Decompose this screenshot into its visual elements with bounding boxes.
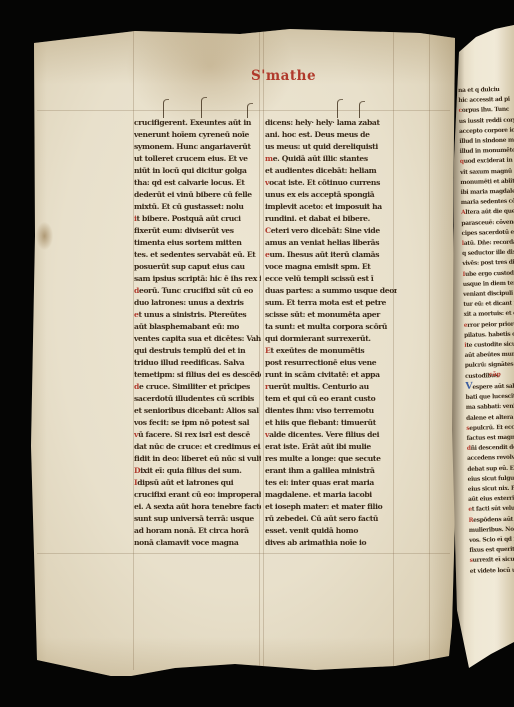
text-line: crucifigerent. Exeuntes aūt in xyxy=(134,117,261,129)
rubricated-initial: e xyxy=(464,322,468,329)
ascender-flourish xyxy=(359,101,365,118)
text-line: sam ipsius scriptā: hic ē ihs rex iu xyxy=(134,273,261,285)
rubricated-initial: i xyxy=(134,214,137,223)
text-line: et videte locū ubi positus er xyxy=(470,565,514,577)
text-line: et hiis que fiebant: timuerūt xyxy=(265,417,397,429)
rubricated-initial: d xyxy=(467,445,471,452)
rubricated-initial: i xyxy=(464,342,466,349)
rubricated-initial: q xyxy=(460,158,464,165)
text-line: temetipm: si filius dei es descēde xyxy=(134,369,261,381)
text-line: et unus a sinistris. Ptereūtes xyxy=(134,309,261,321)
text-line: unus ex eis acceptā spongiā xyxy=(265,189,397,201)
rubricated-initial: s xyxy=(466,425,469,432)
text-line: sunt sup universā terrā: usque xyxy=(134,513,261,525)
text-line: dalene et altera maria vide xyxy=(466,412,514,424)
rubricated-initial: A xyxy=(461,209,465,216)
text-line: et facti sūt velut mortui. xyxy=(468,504,514,516)
text-line: runt in scām civitatē: et appa xyxy=(265,369,397,381)
text-line: ta sunt: et multa corpora scōrū xyxy=(265,321,397,333)
chapter-rubric: cãp xyxy=(489,371,501,378)
rubricated-initial: I xyxy=(134,478,137,487)
text-line: dicens: hely· hely· lama zabat xyxy=(265,117,397,129)
text-line: sacerdotū illudentes cū scribis xyxy=(134,393,261,405)
text-line: rundini. et dabat ei bibere. xyxy=(265,213,397,225)
text-line: et audientes dicebāt: heliam xyxy=(265,165,397,177)
text-line: ecce velū templi scissū est ī xyxy=(265,273,397,285)
rubricated-initial: e xyxy=(468,506,472,513)
ascender-flourish xyxy=(247,103,253,118)
text-line: mixtū. Et cū gustasset: nolu xyxy=(134,201,261,213)
text-line: qui dormierant surrexerūt. xyxy=(265,333,397,345)
text-line: tha: qd est calvarie locus. Et xyxy=(134,177,261,189)
text-line: it bibere. Postquā aūt cruci xyxy=(134,213,261,225)
rubricated-initial: m xyxy=(265,154,273,163)
text-line: Idipsū aūt et latrones qui xyxy=(134,477,261,489)
text-line: debat sup eū. Erat aūt aspec xyxy=(467,463,514,475)
text-line: voce magna emisit spm. Et xyxy=(265,261,397,273)
text-line: Respōdens aūt angelus dixi xyxy=(468,514,514,526)
ascender-flourish xyxy=(337,99,343,118)
rubricated-initial: l xyxy=(462,240,464,247)
text-line: us meus: ut quid dereliquisti xyxy=(265,141,397,153)
text-line: dederūt ei vinū bibere cū felle xyxy=(134,189,261,201)
rubricated-initial: e xyxy=(265,250,269,259)
text-line: esset. venit quidā homo xyxy=(265,525,397,537)
ruling-line-horizontal xyxy=(37,110,450,111)
text-line: niūt in locū qui dicitur golga xyxy=(134,165,261,177)
text-line: duas partes: a summo usque deor xyxy=(265,285,397,297)
text-line: crucifixi erant cū eo: improperabāt xyxy=(134,489,261,501)
text-line: me. Quidā aūt illic stantes xyxy=(265,153,397,165)
text-line: dives ab arimathia noīe io xyxy=(265,537,397,549)
text-line: dat nūc de cruce: et credimus ei. Cō xyxy=(134,441,261,453)
stain xyxy=(36,222,53,250)
text-line: timenta eius sortem mitten xyxy=(134,237,261,249)
text-line: vū facere. Si rex isrl est descē xyxy=(134,429,261,441)
text-line: surrexit eī sicut dixit. Ven xyxy=(469,555,514,567)
text-line: tes ei: inter quas erat maria xyxy=(265,477,397,489)
text-line: tem et qui cū eo erant custo xyxy=(265,393,397,405)
ruling-line-vertical xyxy=(263,26,264,670)
text-line: Ceteri vero dicebāt: Sine vide xyxy=(265,225,397,237)
ruling-line-horizontal xyxy=(37,553,450,554)
rubricated-initial: r xyxy=(265,382,269,391)
rubricated-initial: d xyxy=(134,382,139,391)
text-line: symonem. Hunc angariaverūt xyxy=(134,141,261,153)
text-line: post resurrectionē eius vene xyxy=(265,357,397,369)
text-line: venerunt hoīem cyreneū noīe xyxy=(134,129,261,141)
rubricated-initial: I xyxy=(463,271,466,278)
text-line: res multe a longe: que secute xyxy=(265,453,397,465)
text-line: scisse sūt: et monumēta aper xyxy=(265,309,397,321)
text-column-left: crucifigerent. Exeuntes aūt invenerunt h… xyxy=(134,117,261,551)
text-line: sum. Et terra mota est et petre xyxy=(265,297,397,309)
text-line: fidit in deo: liberet eū nūc si vult. xyxy=(134,453,261,465)
text-line: erat iste. Erāt aūt ibi mulie xyxy=(265,441,397,453)
ascender-flourish xyxy=(201,97,207,118)
text-line: Dixit eī: quia filius dei sum. xyxy=(134,465,261,477)
rubricated-initial: C xyxy=(265,226,271,235)
text-line: implevit aceto: et imposuit ha xyxy=(265,201,397,213)
text-line: magdalene. et maria iacobi xyxy=(265,489,397,501)
text-line: et ioseph mater: et mater filio xyxy=(265,501,397,513)
rubricated-initial: E xyxy=(265,346,270,355)
text-line: ei. A sexta aūt hora tenebre facte xyxy=(134,501,261,513)
rubricated-initial: v xyxy=(265,430,269,439)
text-line: fixerūt eum: diviserūt ves xyxy=(134,225,261,237)
rubricated-initial: D xyxy=(134,466,140,475)
text-line: de cruce. Similiter et prīcipes xyxy=(134,381,261,393)
photograph-background: S'mathe crucifigerent. Exeuntes aūt inve… xyxy=(0,0,514,707)
rubricated-initial: v xyxy=(265,178,269,187)
text-line: ventes capita sua et dicētes: Vah xyxy=(134,333,261,345)
ruling-line-vertical xyxy=(429,26,430,670)
text-line: ani. hoc est. Deus meus de xyxy=(265,129,397,141)
text-line: pulcrū: signātes lapidē cū xyxy=(465,360,514,372)
rubricated-initial: e xyxy=(134,310,138,319)
rubricated-initial: v xyxy=(134,430,138,439)
facing-page-edge: na et q dulciuhic accessit ad picorpus i… xyxy=(449,0,514,707)
text-line: vocat iste. Et cōtinuo currens xyxy=(265,177,397,189)
text-line: deorū. Tunc crucifixi sūt cū eo xyxy=(134,285,261,297)
text-line: aūt blasphemabant eū: mo xyxy=(134,321,261,333)
text-line: erant ihm a galilea ministrā xyxy=(265,465,397,477)
text-column-right: dicens: hely· hely· lama zabatani. hoc e… xyxy=(265,117,397,551)
illuminated-initial: V xyxy=(465,381,472,392)
text-line: rū zebedei. Cū aūt sero factū xyxy=(265,513,397,525)
text-line: tes. et sedentes servabāt eū. Et xyxy=(134,249,261,261)
ascender-flourish xyxy=(163,99,169,118)
text-line: ruerūt multis. Centurio au xyxy=(265,381,397,393)
text-line: vos fecit: se ipm nō potest sal xyxy=(134,417,261,429)
running-title: S'mathe xyxy=(251,68,316,84)
text-line: eum. Ihesus aūt iterū clamās xyxy=(265,249,397,261)
facing-page-text: na et q dulciuhic accessit ad picorpus i… xyxy=(458,85,514,577)
text-line: amus an veniat helias liberās xyxy=(265,237,397,249)
text-line: posuerūt sup caput eius cau xyxy=(134,261,261,273)
text-line: dientes ihm: viso terremotu xyxy=(265,405,397,417)
rubricated-initial: R xyxy=(469,516,474,523)
text-line: Et exeūtes de monumētis xyxy=(265,345,397,357)
text-line: et senioribus dicebant: Alios sal xyxy=(134,405,261,417)
text-line: ma sabbati: venit maria ma xyxy=(466,402,514,414)
rubricated-initial: s xyxy=(470,557,473,564)
text-line: nonā clamavit voce magna xyxy=(134,537,261,549)
text-line: duo latrones: unus a dextris xyxy=(134,297,261,309)
manuscript-page: S'mathe crucifigerent. Exeuntes aūt inve… xyxy=(25,26,460,676)
rubricated-initial: d xyxy=(134,286,139,295)
text-line: triduo illud reedificas. Salva xyxy=(134,357,261,369)
text-line: qui destruis templū dei et in xyxy=(134,345,261,357)
rubricated-initial: c xyxy=(459,107,462,114)
text-line: accedens revolvit lapidē: et se xyxy=(467,453,514,465)
text-line: ad horam nonā. Et circa horā xyxy=(134,525,261,537)
text-line: ut tolleret crucem eius. Et ve xyxy=(134,153,261,165)
text-line: valde dicentes. Vere filius dei xyxy=(265,429,397,441)
